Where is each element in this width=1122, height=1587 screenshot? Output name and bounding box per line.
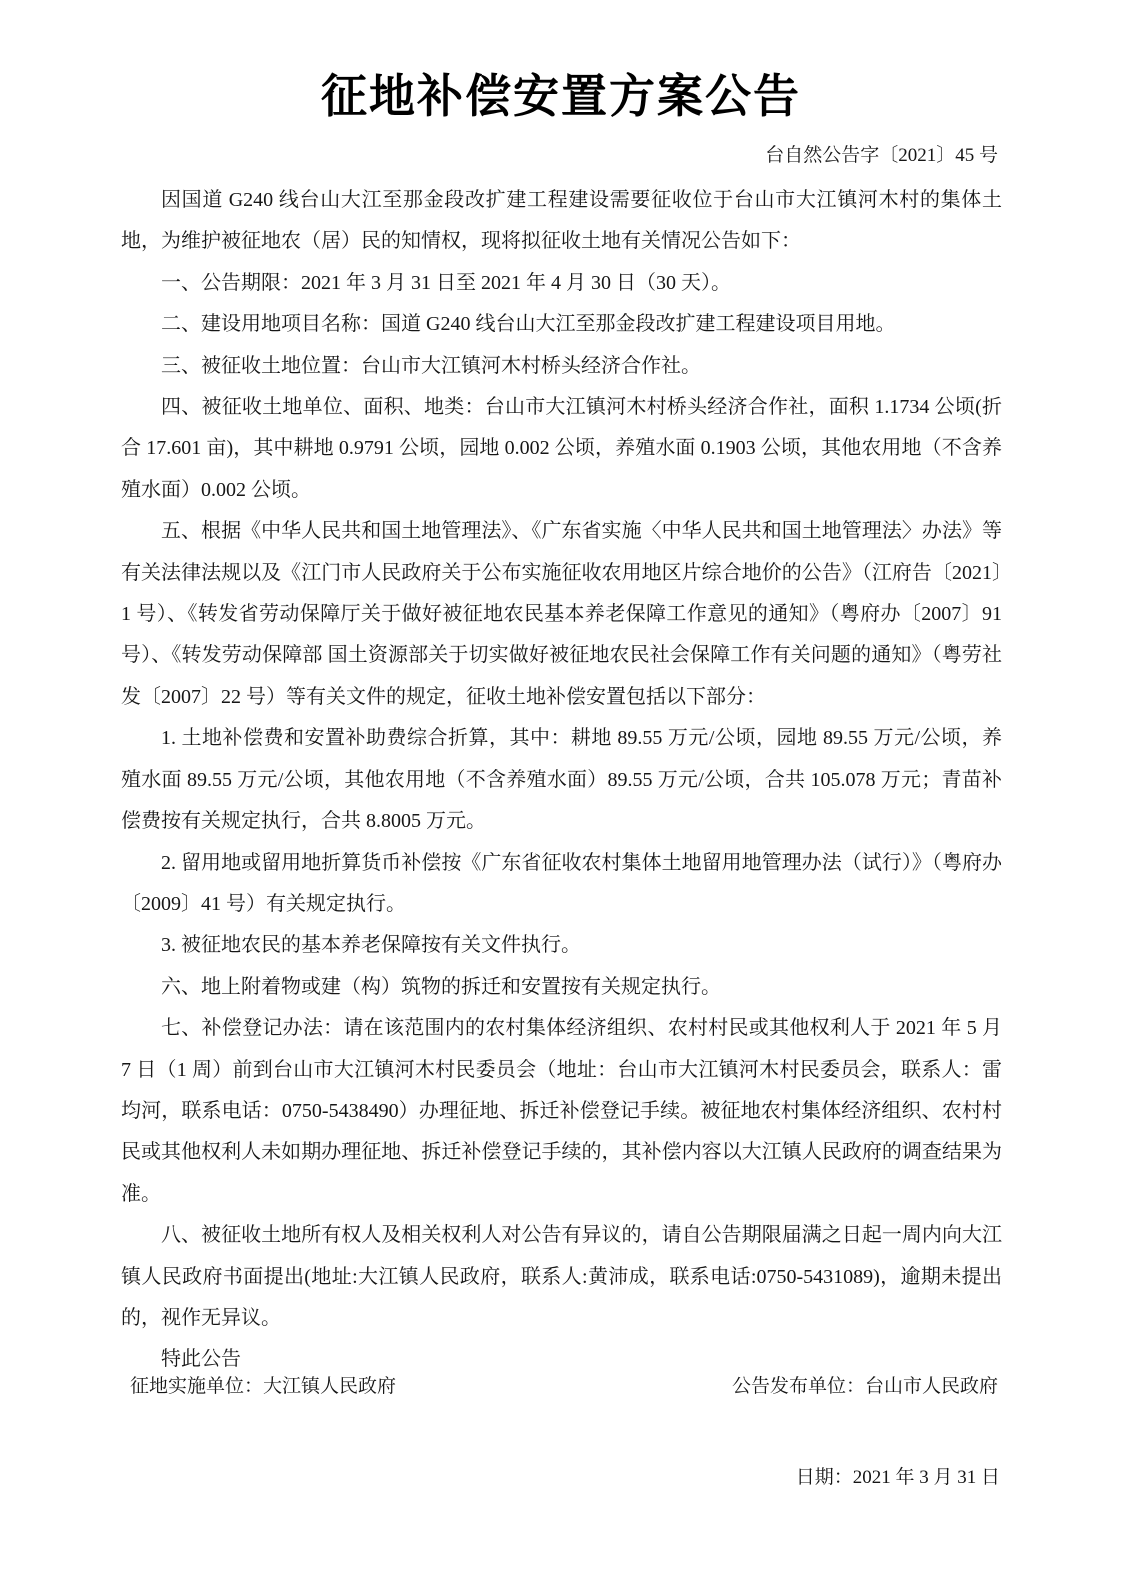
paragraph-item-8: 八、被征收土地所有权人及相关权利人对公告有异议的，请自公告期限届满之日起一周内向… (121, 1215, 1002, 1339)
document-title: 征地补偿安置方案公告 (0, 60, 1122, 126)
announcement-date: 日期：2021 年 3 月 31 日 (796, 1462, 1000, 1489)
implementing-unit: 征地实施单位：大江镇人民政府 (130, 1371, 396, 1398)
document-body: 因国道 G240 线台山大江至那金段改扩建工程建设需要征收位于台山市大江镇河木村… (121, 180, 1002, 1381)
paragraph-item-5-sub-1: 1. 土地补偿费和安置补助费综合折算，其中：耕地 89.55 万元/公顷，园地 … (121, 718, 1002, 842)
announcement-page: 征地补偿安置方案公告 台自然公告字〔2021〕45 号 因国道 G240 线台山… (0, 0, 1122, 1587)
paragraph-item-5-sub-3: 3. 被征地农民的基本养老保障按有关文件执行。 (121, 925, 1002, 966)
issuing-unit: 公告发布单位：台山市人民政府 (732, 1371, 998, 1398)
paragraph-item-5-sub-2: 2. 留用地或留用地折算货币补偿按《广东省征收农村集体土地留用地管理办法（试行）… (121, 843, 1002, 926)
footer-units: 征地实施单位：大江镇人民政府 公告发布单位：台山市人民政府 (130, 1371, 998, 1398)
document-number: 台自然公告字〔2021〕45 号 (765, 140, 998, 167)
paragraph-item-3: 三、被征收土地位置：台山市大江镇河木村桥头经济合作社。 (121, 346, 1002, 387)
paragraph-intro: 因国道 G240 线台山大江至那金段改扩建工程建设需要征收位于台山市大江镇河木村… (121, 180, 1002, 263)
paragraph-item-1: 一、公告期限：2021 年 3 月 31 日至 2021 年 4 月 30 日（… (121, 263, 1002, 304)
paragraph-item-6: 六、地上附着物或建（构）筑物的拆迁和安置按有关规定执行。 (121, 967, 1002, 1008)
paragraph-item-4: 四、被征收土地单位、面积、地类：台山市大江镇河木村桥头经济合作社，面积 1.17… (121, 387, 1002, 511)
paragraph-item-2: 二、建设用地项目名称：国道 G240 线台山大江至那金段改扩建工程建设项目用地。 (121, 304, 1002, 345)
paragraph-item-7: 七、补偿登记办法：请在该范围内的农村集体经济组织、农村村民或其他权利人于 202… (121, 1008, 1002, 1215)
paragraph-item-5: 五、根据《中华人民共和国土地管理法》、《广东省实施〈中华人民共和国土地管理法〉办… (121, 511, 1002, 718)
